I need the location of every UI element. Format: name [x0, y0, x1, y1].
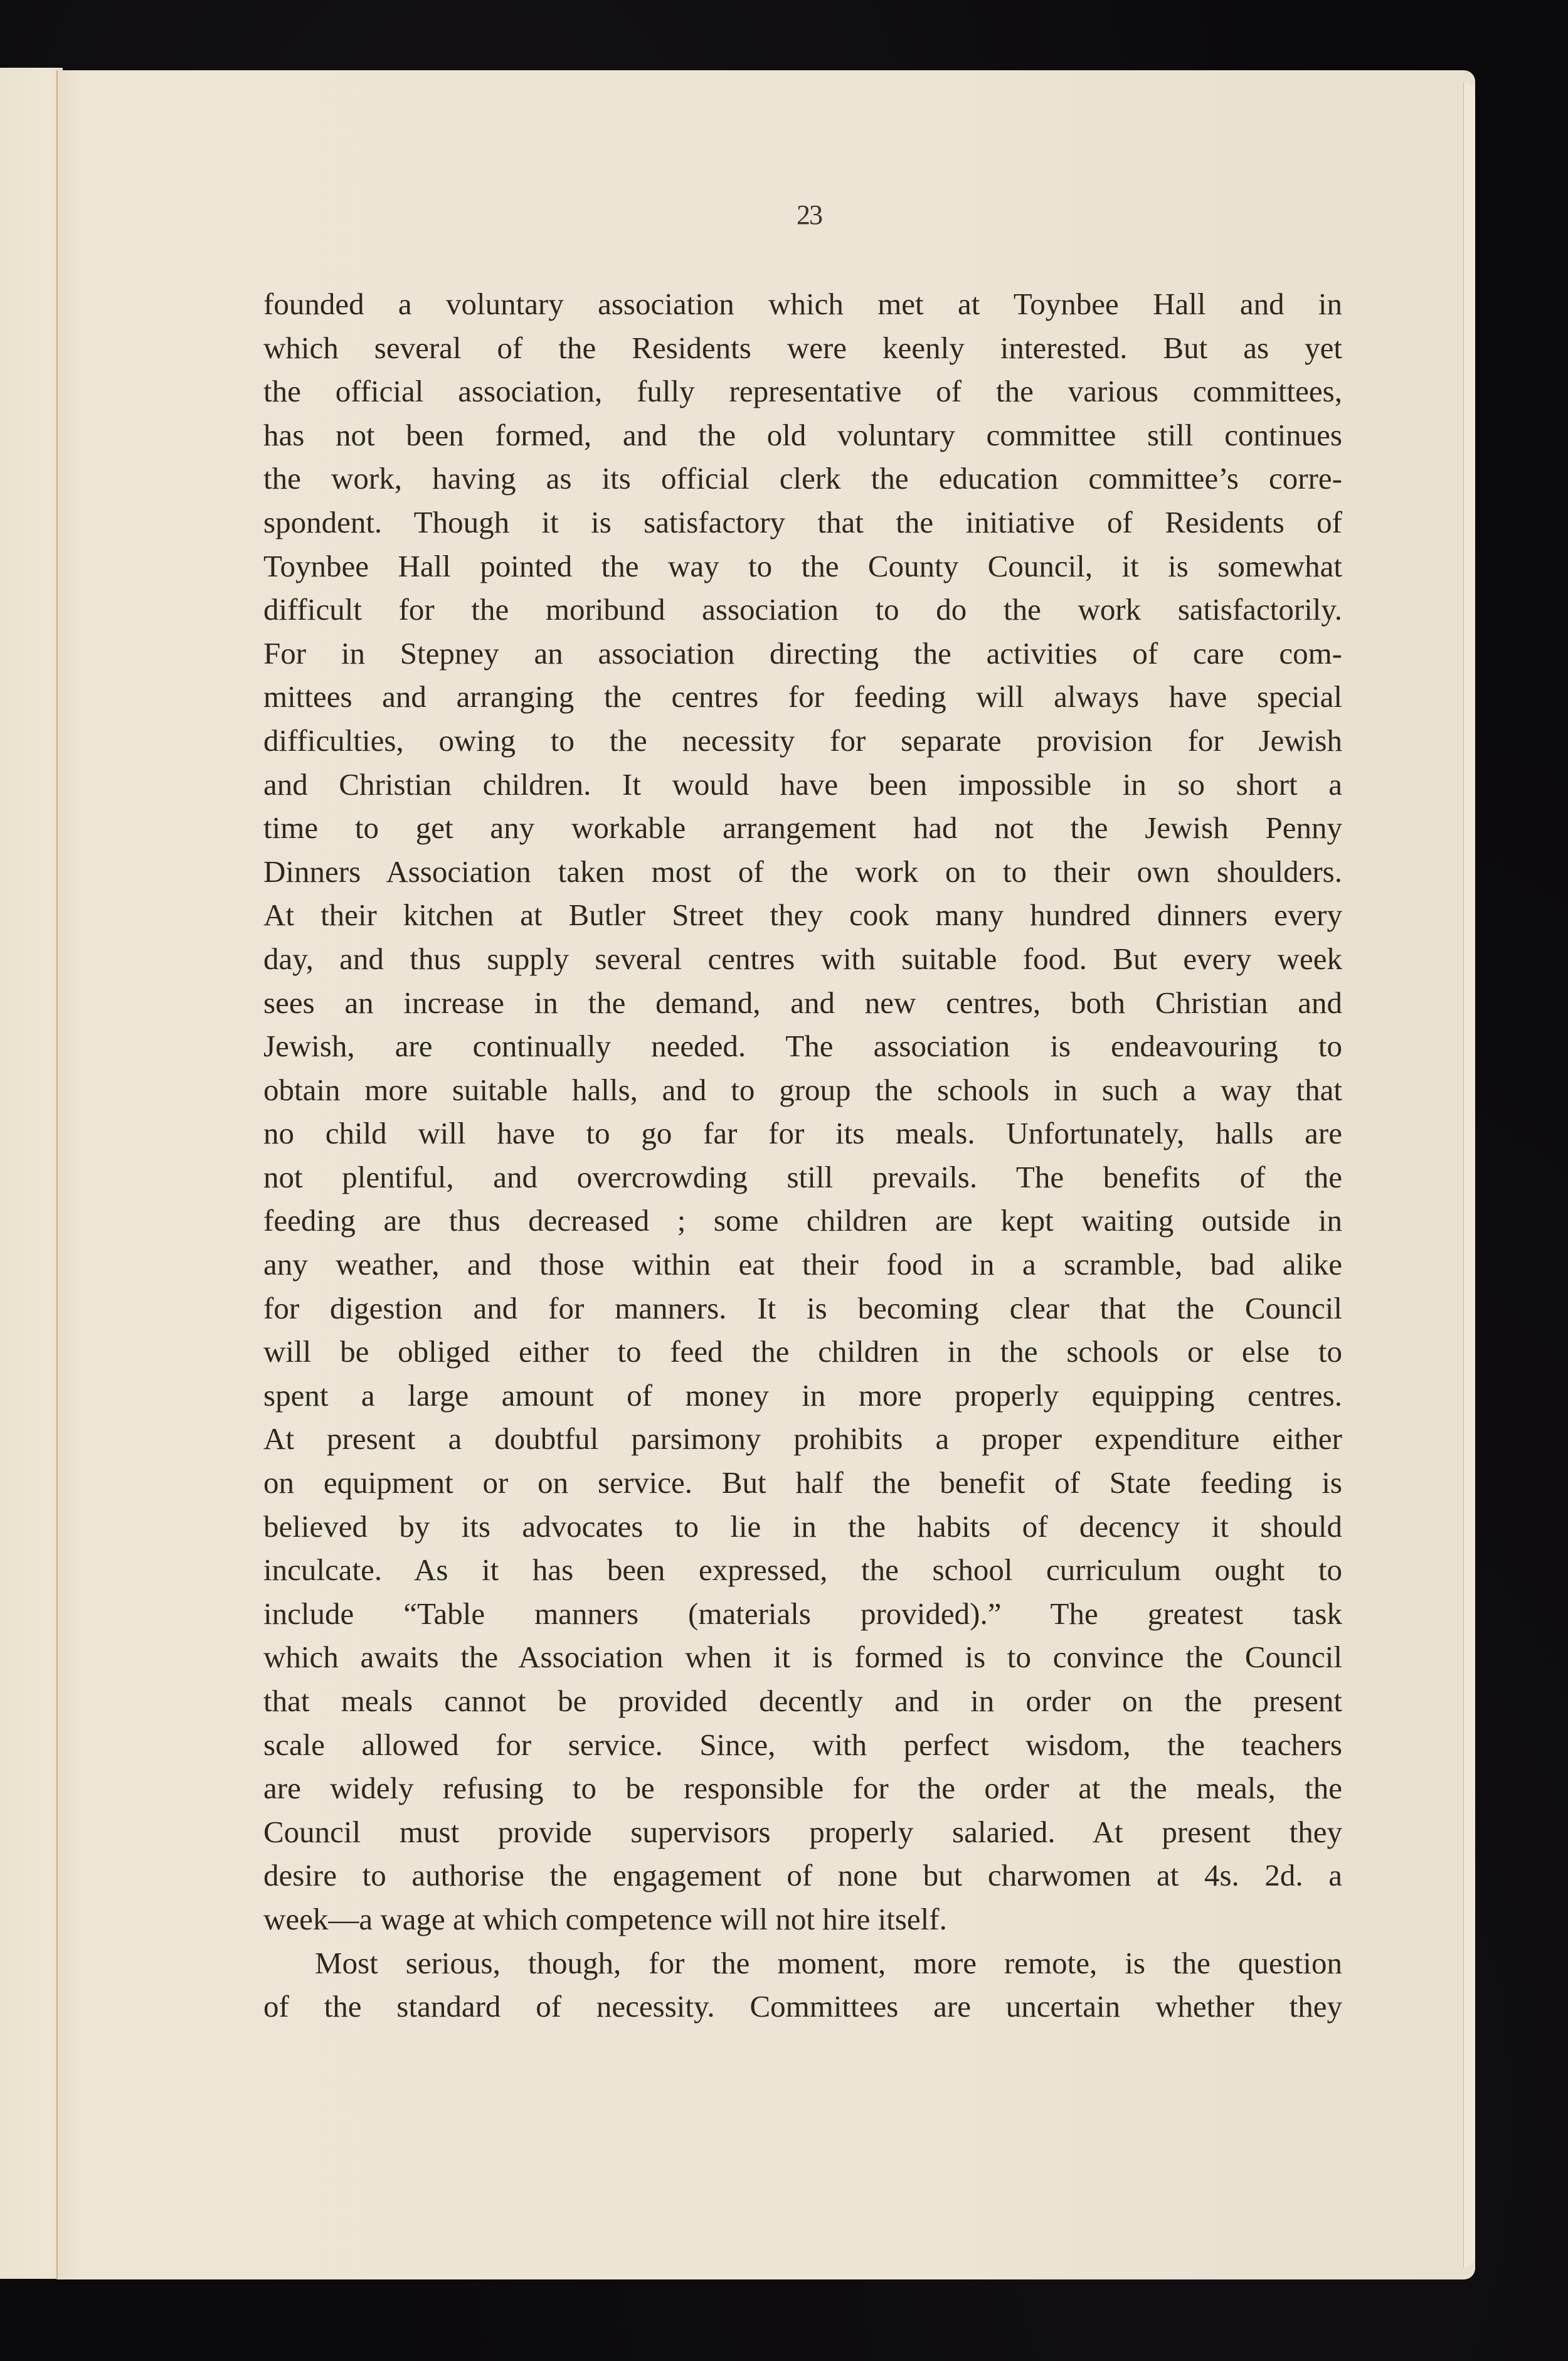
- page-fore-edge: [1464, 83, 1475, 2267]
- text-line: day, and thus supply several centres wit…: [263, 937, 1342, 981]
- text-line: no child will have to go far for its mea…: [263, 1112, 1342, 1155]
- text-line: on equipment or on service. But half the…: [263, 1461, 1342, 1505]
- text-line: sees an increase in the demand, and new …: [263, 981, 1342, 1025]
- text-line: for digestion and for manners. It is bec…: [263, 1287, 1342, 1330]
- text-line: include “Table manners (materials provid…: [263, 1592, 1342, 1636]
- text-line-paragraph-end: week—a wage at which competence will not…: [263, 1897, 1342, 1941]
- page-number: 23: [778, 199, 840, 231]
- gutter-fold-line: [56, 77, 58, 2279]
- text-line: any weather, and those within eat their …: [263, 1243, 1342, 1287]
- text-line: For in Stepney an association directing …: [263, 632, 1342, 676]
- text-line: At their kitchen at Butler Street they c…: [263, 893, 1342, 937]
- text-line: mittees and arranging the centres for fe…: [263, 675, 1342, 719]
- text-line: that meals cannot be provided decently a…: [263, 1679, 1342, 1723]
- text-line: are widely refusing to be responsible fo…: [263, 1766, 1342, 1810]
- text-line: scale allowed for service. Since, with p…: [263, 1723, 1342, 1767]
- text-line: which several of the Residents were keen…: [263, 326, 1342, 370]
- text-line: time to get any workable arrangement had…: [263, 806, 1342, 850]
- text-line: desire to authorise the engagement of no…: [263, 1854, 1342, 1897]
- text-line: At present a doubtful parsimony prohibit…: [263, 1417, 1342, 1461]
- text-line: feeding are thus decreased ; some childr…: [263, 1199, 1342, 1243]
- text-line: which awaits the Association when it is …: [263, 1635, 1342, 1679]
- text-line: spent a large amount of money in more pr…: [263, 1374, 1342, 1418]
- text-line: has not been formed, and the old volunta…: [263, 413, 1342, 457]
- text-line: difficulties, owing to the necessity for…: [263, 719, 1342, 763]
- text-line: Dinners Association taken most of the wo…: [263, 850, 1342, 894]
- facing-page-edge: [0, 68, 63, 2279]
- text-line: Toynbee Hall pointed the way to the Coun…: [263, 544, 1342, 588]
- text-line: of the standard of necessity. Committees…: [263, 1985, 1342, 2029]
- book-page: 23 founded a voluntary association which…: [56, 70, 1475, 2279]
- text-line: the official association, fully represen…: [263, 369, 1342, 413]
- text-line: and Christian children. It would have be…: [263, 763, 1342, 807]
- text-line: spondent. Though it is satisfactory that…: [263, 501, 1342, 544]
- text-line: will be obliged either to feed the child…: [263, 1330, 1342, 1374]
- text-line: difficult for the moribund association t…: [263, 588, 1342, 632]
- text-line: inculcate. As it has been expressed, the…: [263, 1548, 1342, 1592]
- text-line: founded a voluntary association which me…: [263, 282, 1342, 326]
- text-line-paragraph-start: Most serious, though, for the moment, mo…: [263, 1941, 1342, 1985]
- text-line: Jewish, are continually needed. The asso…: [263, 1024, 1342, 1068]
- body-text: founded a voluntary association which me…: [263, 282, 1342, 2029]
- text-line: obtain more suitable halls, and to group…: [263, 1068, 1342, 1112]
- fore-edge-crease: [1463, 82, 1464, 2268]
- text-line: not plentiful, and overcrowding still pr…: [263, 1155, 1342, 1199]
- text-line: the work, having as its official clerk t…: [263, 457, 1342, 501]
- text-line: Council must provide supervisors properl…: [263, 1810, 1342, 1854]
- text-line: believed by its advocates to lie in the …: [263, 1505, 1342, 1549]
